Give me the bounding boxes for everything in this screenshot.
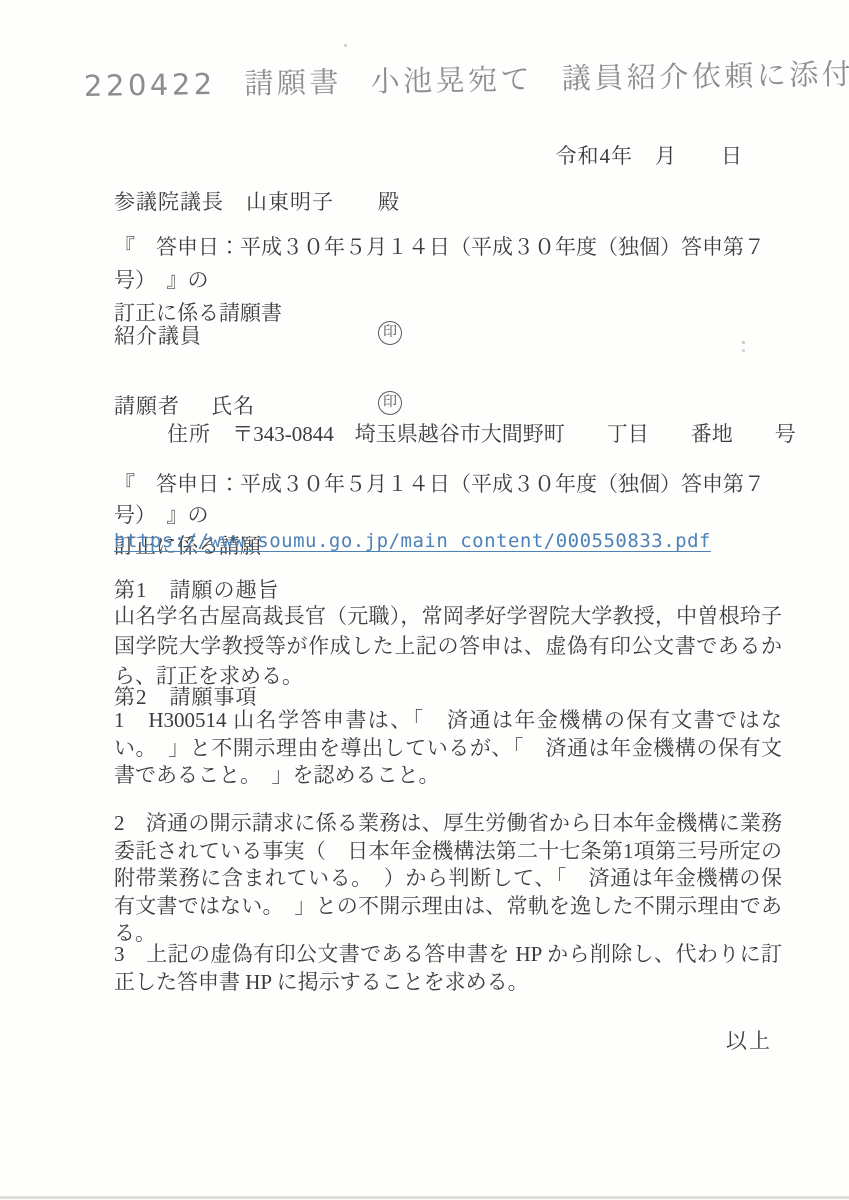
- seal-character: 印: [383, 326, 397, 340]
- introducer-label: 紹介議員: [114, 324, 202, 348]
- petition-item-3: 3 上記の虚偽有印公文書である答申書を HP から削除し、代わりに訂正した答申書…: [114, 941, 782, 996]
- petition-item-2: 2 済通の開示請求に係る業務は、厚生労働省から日本年金機構に業務委託されている事…: [114, 810, 782, 948]
- section1-body: 山名学名古屋高裁長官（元職），常岡孝好学習院大学教授，中曽根玲子国学院大学教授等…: [114, 601, 782, 691]
- scan-speck: [742, 349, 745, 352]
- scan-edge-artifact: [0, 1196, 849, 1199]
- petitioner-seal-icon: 印: [378, 391, 402, 415]
- addressee-line: 参議院議長 山東明子 殿: [114, 186, 400, 216]
- seal-character: 印: [383, 396, 397, 410]
- petitioner-name-label: 氏名: [211, 394, 255, 418]
- address-row: 住所 〒343-0844 埼玉県越谷市大間野町 丁目 番地 号: [167, 418, 796, 448]
- document-title: 『 答申日：平成３０年５月１４日（平成３０年度（独個）答申第７号） 』の 訂正に…: [114, 231, 790, 330]
- scanned-petition-page: 220422 請願書 小池晃宛て 議員紹介依頼に添付 令和4年 月 日 参議院議…: [0, 0, 849, 1200]
- address-label: 住所: [167, 422, 211, 446]
- date-line: 令和4年 月 日: [556, 140, 744, 170]
- petitioner-label: 請願者: [114, 394, 180, 418]
- closing-label: 以上: [726, 1025, 772, 1055]
- petition-item-1: 1 H300514 山名学答申書は、「 済通は年金機構の保有文書ではない。 」と…: [114, 707, 782, 790]
- document-title-line2: 訂正に係る請願書: [114, 297, 790, 330]
- petition-subject-line1: 『 答申日：平成３０年５月１４日（平成３０年度（独個）答申第７号） 』の: [114, 469, 790, 531]
- source-link[interactable]: https://www.soumu.go.jp/main_content/000…: [114, 530, 711, 552]
- section1-heading: 第1 請願の趣旨: [114, 574, 280, 604]
- introducer-row: 紹介議員: [114, 320, 202, 350]
- handwritten-annotation: 220422 請願書 小池晃宛て 議員紹介依頼に添付: [84, 53, 805, 105]
- introducer-seal-icon: 印: [378, 321, 402, 345]
- scan-speck: [742, 341, 745, 344]
- address-value: 〒343-0844 埼玉県越谷市大間野町 丁目 番地 号: [232, 422, 796, 446]
- document-title-line1: 『 答申日：平成３０年５月１４日（平成３０年度（独個）答申第７号） 』の: [114, 231, 790, 297]
- petitioner-row: 請願者 氏名: [114, 390, 255, 420]
- scan-speck: [344, 44, 347, 47]
